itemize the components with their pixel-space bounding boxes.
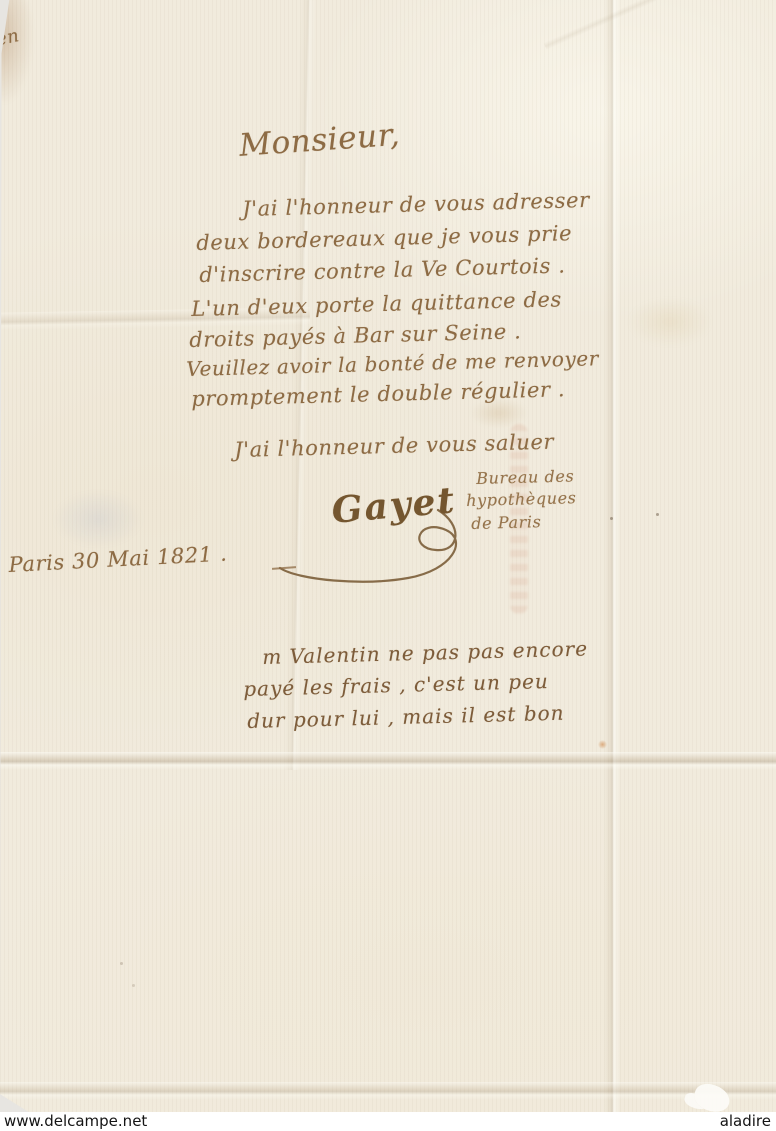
scanned-letter-photo: en Monsieur, J'ai l'honneur de vous adre… [0, 0, 776, 1131]
watermark-bar: www.delcampe.net aladire [0, 1112, 776, 1131]
signature-flourish [268, 500, 483, 595]
office-line: Bureau des [476, 466, 574, 488]
ink-speck [610, 517, 613, 520]
watermark-aladire: aladire [720, 1112, 776, 1131]
ink-speck [120, 962, 123, 965]
watermark-delcampe: www.delcampe.net [0, 1112, 147, 1131]
ink-speck [656, 513, 659, 516]
ink-speck [132, 984, 135, 987]
ink-showthrough-mark [52, 490, 144, 548]
red-wax-seal [712, 506, 766, 576]
letter-paper: en Monsieur, J'ai l'honneur de vous adre… [0, 0, 776, 1113]
